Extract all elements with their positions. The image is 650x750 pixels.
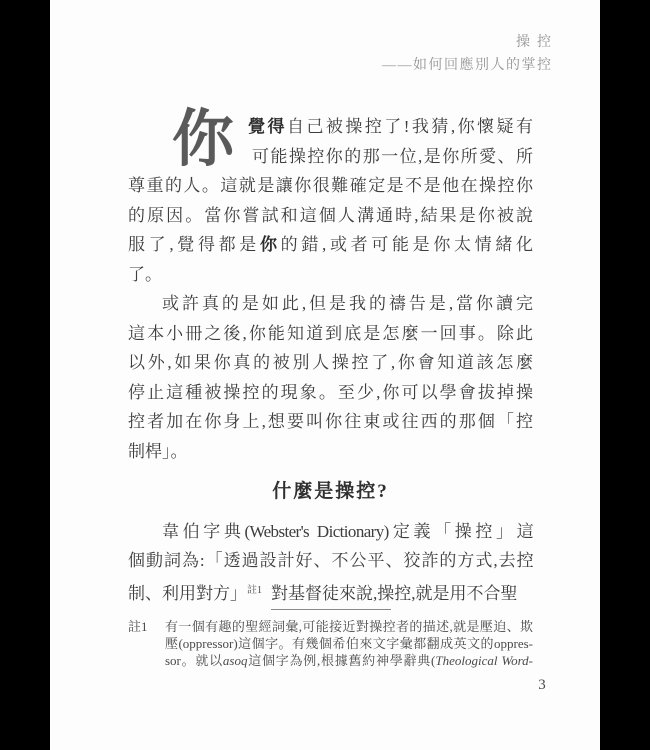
footnote-text: 這個字為例,根據舊約神學辭典( xyxy=(247,653,435,668)
body-line: 服了,覺得都是你的錯,或者可能是你太情緒化 xyxy=(128,230,533,260)
body-line: 韋伯字典(Webster's Dictionary)定義「操控」這 xyxy=(128,517,533,547)
running-header-subtitle: ——如何回應別人的掌控 xyxy=(382,54,553,74)
body-text: 制、利用對方」 xyxy=(128,584,247,603)
running-header: 操控 ——如何回應別人的掌控 xyxy=(382,31,551,74)
paragraph-3: 韋伯字典(Webster's Dictionary)定義「操控」這 個動詞為:「… xyxy=(128,517,533,606)
body-line: 了。 xyxy=(128,260,533,290)
section-heading: 什麼是操控? xyxy=(128,477,533,507)
body-line: 制、利用對方」註1對基督徒來說,操控,就是用不合聖 xyxy=(128,576,533,606)
footnote-line: 有一個有趣的聖經詞彙,可能接近對操控者的描述,就是壓迫、欺 xyxy=(128,618,533,635)
page-number: 3 xyxy=(527,677,557,694)
body-line: 停止這種被操控的現象。至少,你可以學會拔掉操 xyxy=(128,378,533,408)
body-line: 制桿」。 xyxy=(128,437,533,467)
body-line: 這本小冊之後,你能知道到底是怎麼一回事。除此 xyxy=(128,319,533,349)
body-line: 個動詞為:「透過設計好、不公平、狡詐的方式,去控 xyxy=(128,546,533,576)
footnote-divider xyxy=(271,609,391,610)
page-content: 你 覺得自己被操控了!我猜,你懷疑有 可能操控你的那一位,是你所愛、所 尊重的人… xyxy=(128,112,533,669)
body-line: 的原因。當你嘗試和這個人溝通時,結果是你被說 xyxy=(128,201,533,231)
body-text: 的錯,或者可能是你太情緒化 xyxy=(281,235,533,254)
body-line: 或許真的是如此,但是我的禱告是,當你讀完 xyxy=(128,289,533,319)
footnote-reference: 註1 xyxy=(247,585,262,596)
scanned-book-page: { "header": { "title": "操控", "subtitle":… xyxy=(0,0,650,750)
bold-text: 覺得 xyxy=(248,117,287,136)
body-line: 控者加在你身上,想要叫你往東或往西的那個「控 xyxy=(128,407,533,437)
bold-text: 你 xyxy=(260,235,281,254)
footnote-label: 註1 xyxy=(128,618,148,635)
body-text: 自己被操控了!我猜,你懷疑有 xyxy=(287,117,533,136)
drop-cap: 你 xyxy=(172,109,234,171)
italic-term: Theological Word- xyxy=(435,653,533,668)
body-text: 對基督徒來說,操控,就是用不合聖 xyxy=(271,584,518,603)
body-line: 以外,如果你真的被別人操控了,你會知道該怎麼 xyxy=(128,348,533,378)
footnote-line: 壓(oppressor)這個字。有幾個希伯來文字彙都翻成英文的oppres- xyxy=(128,635,533,652)
book-page: 操控 ——如何回應別人的掌控 你 覺得自己被操控了!我猜,你懷疑有 可能操控你的… xyxy=(50,0,600,750)
footnote-line: sor。就以asoq這個字為例,根據舊約神學辭典(Theological Wor… xyxy=(128,652,533,669)
footnote: 註1 有一個有趣的聖經詞彙,可能接近對操控者的描述,就是壓迫、欺 壓(oppre… xyxy=(128,618,533,669)
footnote-text: sor。就以 xyxy=(165,653,223,668)
body-text: 服了,覺得都是 xyxy=(128,235,260,254)
italic-term: asoq xyxy=(223,653,248,668)
running-header-title: 操控 xyxy=(382,31,558,51)
body-line: 尊重的人。這就是讓你很難確定是不是他在操控你 xyxy=(128,171,533,201)
